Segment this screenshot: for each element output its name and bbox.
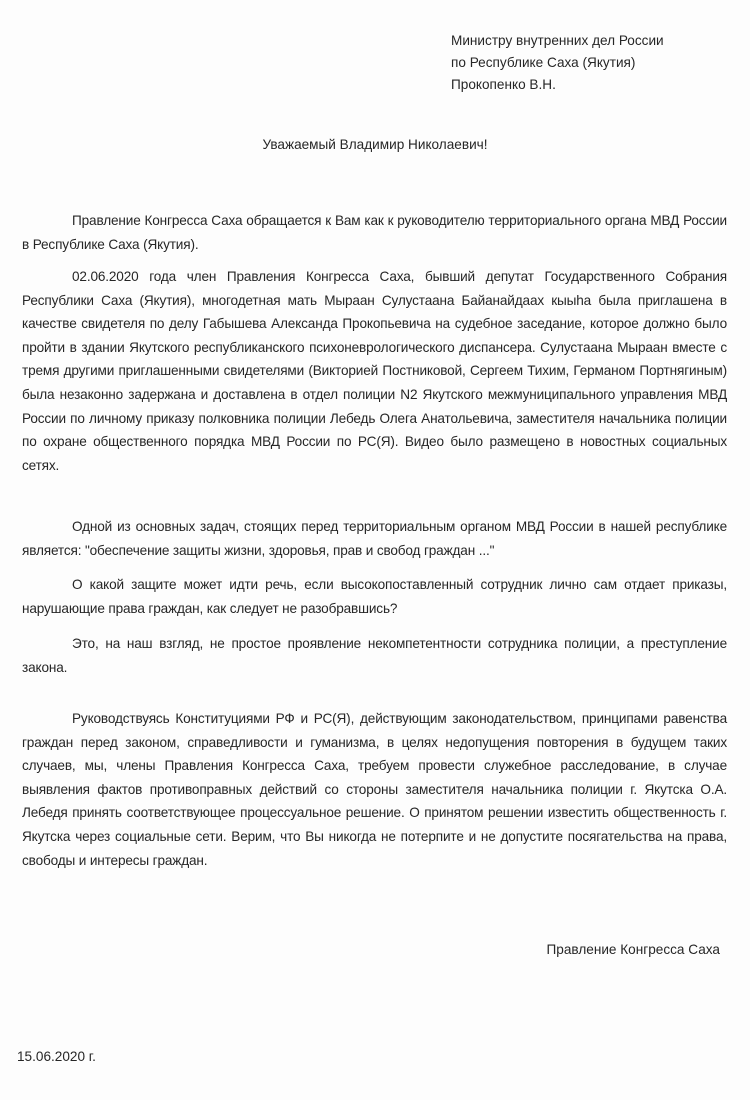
paragraph: Одной из основных задач, стоящих перед т… [22, 515, 727, 562]
addressee-block: Министру внутренних дел России по Респуб… [451, 30, 664, 96]
paragraph: Руководствуясь Конституциями РФ и РС(Я),… [22, 707, 727, 872]
addressee-line: Министру внутренних дел России [451, 30, 664, 52]
letter-date: 15.06.2020 г. [17, 1046, 96, 1068]
addressee-line: Прокопенко В.Н. [451, 74, 664, 96]
paragraph: Это, на наш взгляд, не простое проявлени… [22, 632, 727, 679]
letter-page: Министру внутренних дел России по Респуб… [0, 0, 750, 1100]
paragraph: Правление Конгресса Саха обращается к Ва… [22, 209, 727, 256]
salutation: Уважаемый Владимир Николаевич! [0, 134, 750, 156]
paragraph: О какой защите может идти речь, если выс… [22, 573, 727, 620]
addressee-line: по Республике Саха (Якутия) [451, 52, 664, 74]
signature: Правление Конгресса Саха [547, 939, 720, 961]
paragraph: 02.06.2020 года член Правления Конгресса… [22, 265, 727, 477]
